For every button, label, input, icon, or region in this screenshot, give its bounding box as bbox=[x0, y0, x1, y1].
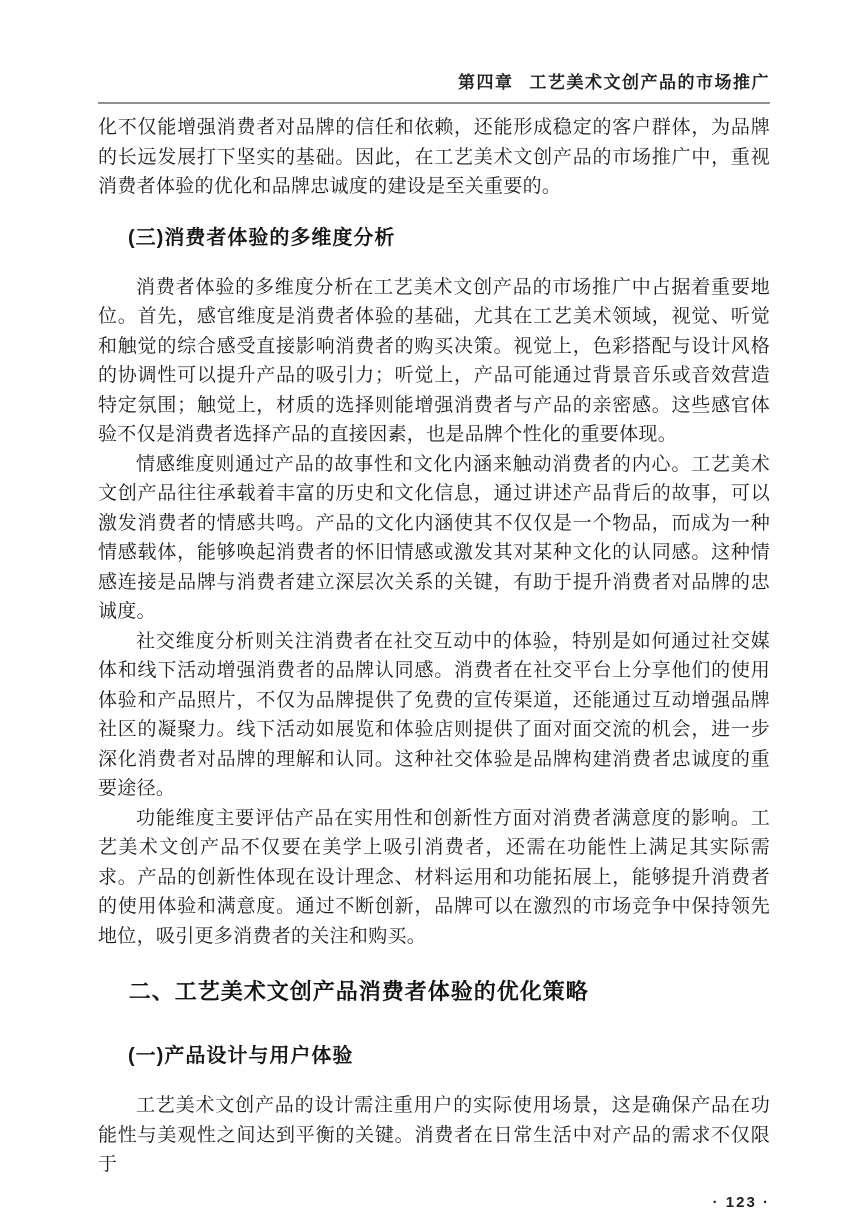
section-heading-three: (三)消费者体验的多维度分析 bbox=[98, 225, 770, 251]
paragraph-functional-dimension: 功能维度主要评估产品在实用性和创新性方面对消费者满意度的影响。工艺美术文创产品不… bbox=[98, 804, 770, 952]
paragraph-social-dimension: 社交维度分析则关注消费者在社交互动中的体验，特别是如何通过社交媒体和线下活动增强… bbox=[98, 627, 770, 804]
paragraph-continuation: 化不仅能增强消费者对品牌的信任和依赖，还能形成稳定的客户群体，为品牌的长远发展打… bbox=[98, 113, 770, 202]
paragraph-sensory-dimension: 消费者体验的多维度分析在工艺美术文创产品的市场推广中占据着重要地位。首先，感官维… bbox=[98, 273, 770, 450]
chapter-label: 第四章 bbox=[458, 73, 514, 92]
running-header: 第四章工艺美术文创产品的市场推广 bbox=[98, 0, 770, 94]
header-divider bbox=[98, 102, 770, 104]
paragraph-product-design: 工艺美术文创产品的设计需注重用户的实际使用场景，这是确保产品在功能性与美观性之间… bbox=[98, 1091, 770, 1180]
paragraph-emotional-dimension: 情感维度则通过产品的故事性和文化内涵来触动消费者的内心。工艺美术文创产品往往承载… bbox=[98, 450, 770, 627]
document-page: 第四章工艺美术文创产品的市场推广 化不仅能增强消费者对品牌的信任和依赖，还能形成… bbox=[0, 0, 860, 1208]
chapter-title: 工艺美术文创产品的市场推广 bbox=[530, 73, 771, 92]
section-heading-one: (一)产品设计与用户体验 bbox=[98, 1043, 770, 1069]
section-heading-two-major: 二、工艺美术文创产品消费者体验的优化策略 bbox=[98, 977, 770, 1007]
page-number: · 123 · bbox=[98, 1193, 770, 1208]
